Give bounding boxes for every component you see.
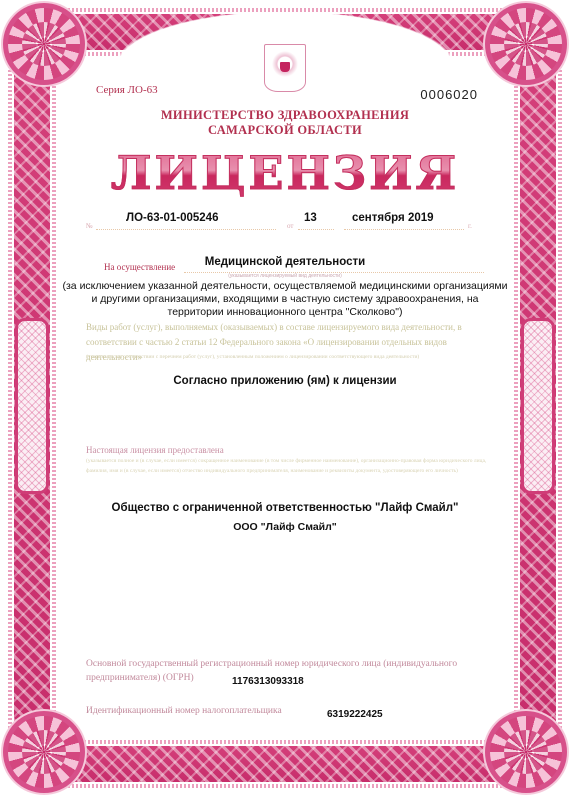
license-month-year: сентября 2019 [352,212,434,224]
date-underline [344,229,464,230]
granted-hint: (указывается полное и (в случае, если им… [86,456,490,476]
inn-label: Идентификационный номер налогоплательщик… [86,706,282,716]
activity-value: Медицинской деятельности [0,256,570,268]
rosette-icon [8,8,80,80]
ministry-line-1: МИНИСТЕРСТВО ЗДРАВООХРАНЕНИЯ [0,108,570,123]
rosette-icon [490,716,562,788]
lattice-panel-left [15,318,49,494]
year-suffix: г. [468,222,472,230]
activity-exclusion: (за исключением указанной деятельности, … [62,280,508,319]
series-label: Серия ЛО-63 [96,84,158,96]
granted-lead: Настоящая лицензия предоставлена [86,445,224,455]
inn-value: 6319222425 [327,709,383,720]
lattice-panel-right [521,318,555,494]
document-title: ЛИЦЕНЗИЯ [0,146,570,200]
from-label: от [287,222,293,230]
number-underline [96,229,276,230]
number-prefix: № [86,222,93,230]
license-number-row: № ЛО-63-01-005246 от 13 сентября 2019 г. [0,212,570,232]
activity-hint: (указывается лицензируемый вид деятельно… [180,273,390,279]
lace-border-bottom-outer [40,784,530,788]
day-underline [298,229,334,230]
ogrn-value: 1176313093318 [232,676,304,687]
rosette-icon [490,8,562,80]
lace-border-top-outer [40,8,530,12]
works-value: Согласно приложению (ям) к лицензии [0,375,570,387]
coat-of-arms-icon [264,44,306,92]
works-hint: (указываются в соответствии с перечнем р… [86,353,490,362]
shield-emblem [280,62,290,72]
rosette-icon [8,716,80,788]
ministry-line-2: САМАРСКОЙ ОБЛАСТИ [0,123,570,138]
frame-band-bottom [40,746,530,782]
form-number: 0006020 [420,87,478,102]
organization-full-name: Общество с ограниченной ответственностью… [0,502,570,514]
organization-short-name: ООО "Лайф Смайл" [0,521,570,533]
license-day: 13 [304,212,317,224]
lace-border-bottom-inner [52,740,518,744]
ministry-name: МИНИСТЕРСТВО ЗДРАВООХРАНЕНИЯ САМАРСКОЙ О… [0,108,570,138]
license-number: ЛО-63-01-005246 [126,212,218,224]
